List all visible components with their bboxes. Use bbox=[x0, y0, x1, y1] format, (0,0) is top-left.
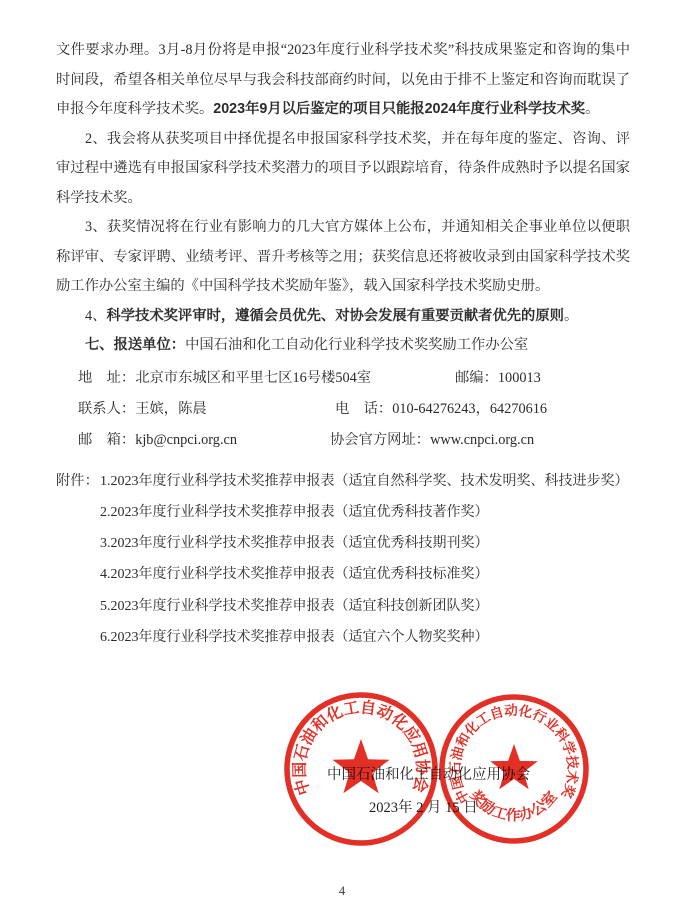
phone-label: 电 话： bbox=[335, 401, 392, 417]
svg-text:奖励工作办公室: 奖励工作办公室 bbox=[466, 786, 561, 824]
paragraph-1-period: 。 bbox=[585, 101, 599, 117]
contact-person-label: 联系人： bbox=[78, 401, 135, 417]
attachments-list: 附件： 1.2023年度行业科学技术奖推荐申报表（适宜自然科学奖、技术发明奖、科… bbox=[56, 466, 630, 654]
document-body: 文件要求办理。3月-8月份将是申报“2023年度行业科学技术奖”科技成果鉴定和咨… bbox=[56, 36, 630, 653]
page-number: 4 bbox=[0, 884, 684, 899]
paragraph-continuation: 文件要求办理。3月-8月份将是申报“2023年度行业科学技术奖”科技成果鉴定和咨… bbox=[56, 36, 630, 125]
star-icon bbox=[332, 739, 389, 793]
website-value: www.cnpci.org.cn bbox=[430, 432, 534, 448]
section-7-value: 中国石油和化工自动化行业科学技术奖奖励工作办公室 bbox=[185, 337, 528, 353]
attachments-label: 附件： bbox=[56, 466, 99, 497]
contact-line-person: 联系人：王嫔，陈晨 电 话：010-64276243，64270616 bbox=[56, 394, 630, 425]
attachment-item-3: 3.2023年度行业科学技术奖推荐申报表（适宜优秀科技期刊奖） bbox=[100, 528, 630, 559]
attachment-item-5: 5.2023年度行业科学技术奖推荐申报表（适宜科技创新团队奖） bbox=[100, 591, 630, 622]
paragraph-3: 3、获奖情况将在行业有影响力的几大官方媒体上公布，并通知相关企事业单位以便职称评… bbox=[56, 213, 630, 302]
section-7-heading: 七、报送单位：中国石油和化工自动化行业科学技术奖奖励工作办公室 bbox=[56, 331, 630, 361]
website: 协会官方网址：www.cnpci.org.cn bbox=[330, 425, 534, 456]
postcode-label: 邮编： bbox=[455, 370, 498, 386]
attachment-item-2: 2.2023年度行业科学技术奖推荐申报表（适宜优秀科技著作奖） bbox=[100, 497, 630, 528]
phone-value: 010-64276243，64270616 bbox=[392, 401, 547, 417]
paragraph-1-bold-emphasis: 2023年9月以后鉴定的项目只能报2024年度行业科学技术奖 bbox=[213, 101, 585, 117]
email-value: kjb@cnpci.org.cn bbox=[135, 432, 237, 448]
paragraph-4-bold-emphasis: 科学技术奖评审时，遵循会员优先、对协会发展有重要贡献者优先的原则 bbox=[106, 308, 564, 324]
contact-line-address: 地 址：北京市东城区和平里七区16号楼504室 邮编：100013 bbox=[56, 363, 630, 394]
paragraph-2: 2、我会将从获奖项目中择优提名申报国家科学技术奖，并在每年度的鉴定、咨询、评审过… bbox=[56, 125, 630, 214]
attachment-item-6: 6.2023年度行业科学技术奖推荐申报表（适宜六个人物奖奖种） bbox=[100, 622, 630, 653]
contact-person-value: 王嫔，陈晨 bbox=[135, 401, 206, 417]
star-icon bbox=[490, 744, 538, 789]
paragraph-4-period: 。 bbox=[564, 308, 578, 324]
paragraph-4-number: 4、 bbox=[85, 308, 106, 324]
official-seal-association-icon: 中国石油和化工自动化应用协会 bbox=[276, 684, 446, 854]
document-page: 文件要求办理。3月-8月份将是申报“2023年度行业科学技术奖”科技成果鉴定和咨… bbox=[0, 0, 684, 911]
postcode: 邮编：100013 bbox=[455, 363, 541, 394]
phone: 电 话：010-64276243，64270616 bbox=[335, 394, 547, 425]
attachment-item-4: 4.2023年度行业科学技术奖推荐申报表（适宜优秀科技标准奖） bbox=[100, 559, 630, 590]
email-label: 邮 箱： bbox=[78, 432, 135, 448]
paragraph-4: 4、科学技术奖评审时，遵循会员优先、对协会发展有重要贡献者优先的原则。 bbox=[56, 302, 630, 332]
seal-right-bottom-text: 奖励工作办公室 bbox=[466, 786, 561, 824]
address-value: 北京市东城区和平里七区16号楼504室 bbox=[135, 370, 371, 386]
official-seal-award-office-icon: 中国石油和化工自动化行业科学技术奖 奖励工作办公室 bbox=[429, 684, 599, 854]
website-label: 协会官方网址： bbox=[330, 432, 430, 448]
address-label: 地 址： bbox=[78, 370, 135, 386]
section-7-label: 七、报送单位： bbox=[85, 337, 185, 353]
postcode-value: 100013 bbox=[498, 370, 541, 386]
contact-block: 地 址：北京市东城区和平里七区16号楼504室 邮编：100013 联系人：王嫔… bbox=[56, 363, 630, 456]
attachment-item-1: 1.2023年度行业科学技术奖推荐申报表（适宜自然科学奖、技术发明奖、科技进步奖… bbox=[100, 466, 630, 497]
contact-line-email: 邮 箱：kjb@cnpci.org.cn 协会官方网址：www.cnpci.or… bbox=[56, 425, 630, 456]
